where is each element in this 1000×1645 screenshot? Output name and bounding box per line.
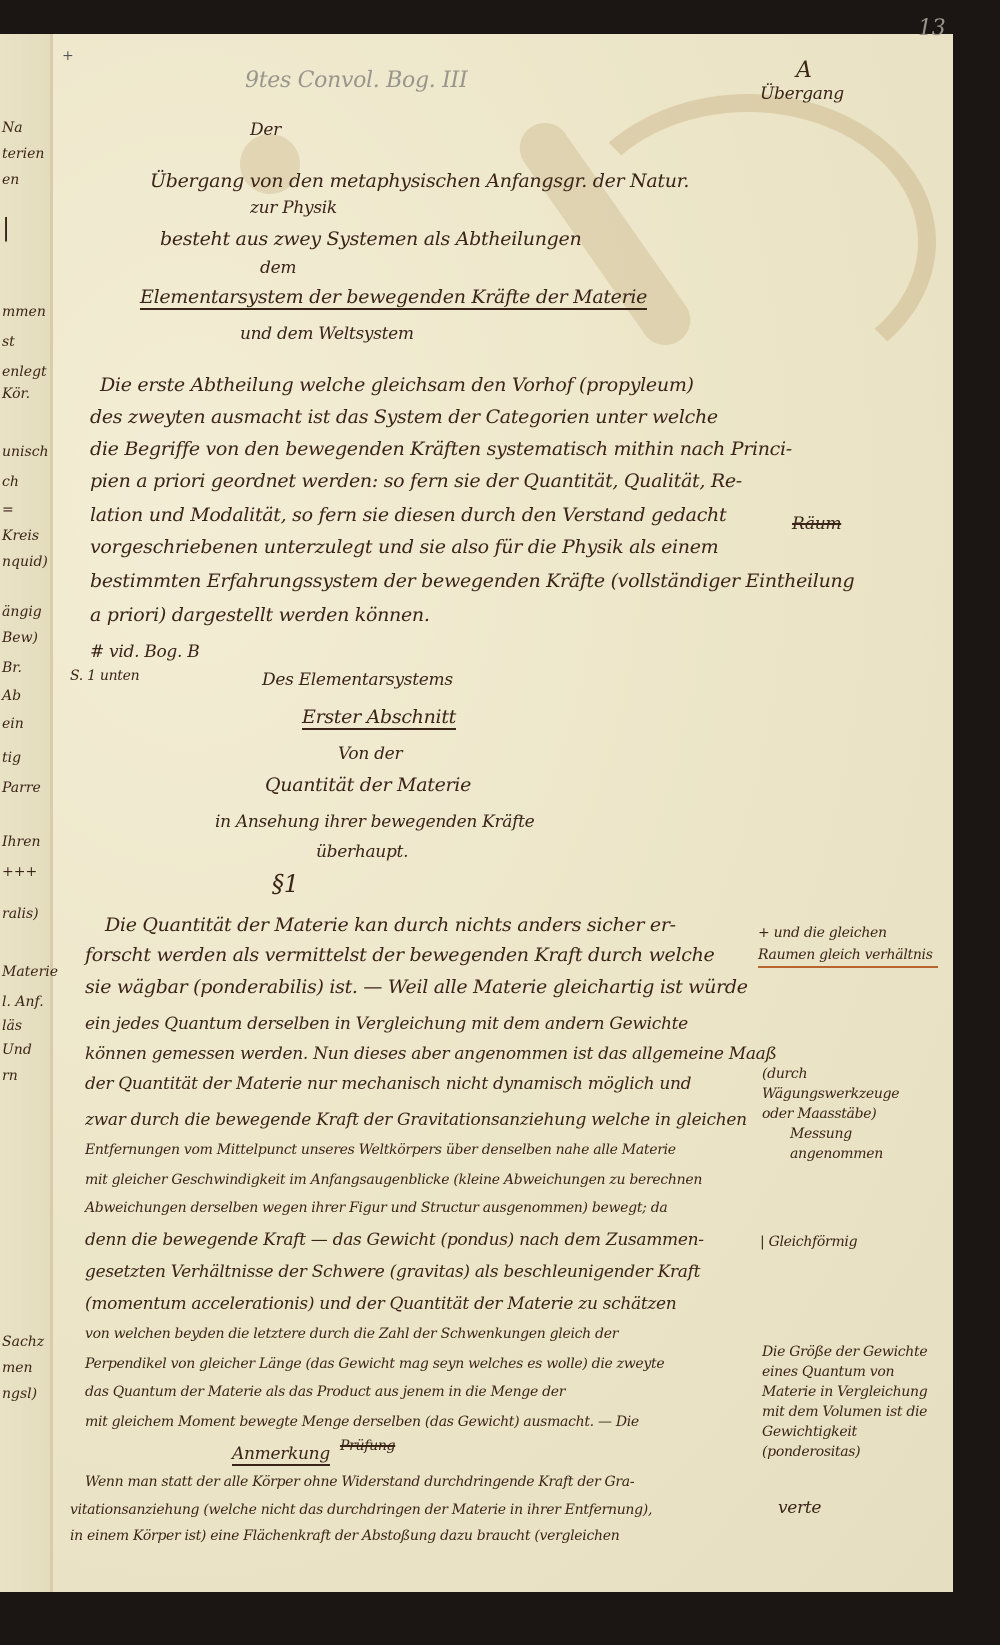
left-fragment: ch xyxy=(2,474,19,490)
section-line-3: Von der xyxy=(338,744,402,764)
para2-line-1: Die Quantität der Materie kan durch nich… xyxy=(105,914,676,936)
left-fragment: = xyxy=(2,502,14,518)
para2-line-2: forscht werden als vermittelst der beweg… xyxy=(85,944,714,966)
para1-line-1: Die erste Abtheilung welche gleichsam de… xyxy=(100,374,694,396)
left-fragment: | xyxy=(2,214,10,242)
left-fragment: Sachz xyxy=(2,1334,44,1350)
left-fragment: Na xyxy=(2,120,23,136)
left-fragment: Ab xyxy=(2,688,21,704)
left-fragment: tig xyxy=(2,750,21,766)
paragraph-symbol: §1 xyxy=(272,870,299,898)
folio-number: 13 xyxy=(918,16,945,41)
margin-right-note-3: Messung angenommen xyxy=(790,1124,930,1164)
section-line-6: überhaupt. xyxy=(316,842,408,862)
left-fragment: Materie xyxy=(2,964,58,980)
margin-right-note-1: + und die gleichen Raumen gleich verhält… xyxy=(758,922,938,968)
manuscript-page: + 9tes Convol. Bog. III 13 A Übergang De… xyxy=(0,34,953,1592)
corner-mark: + xyxy=(62,48,74,64)
verte-note: verte xyxy=(778,1498,821,1518)
para2-line-13: (momentum accelerationis) und der Quanti… xyxy=(85,1294,676,1314)
para2-line-4: ein jedes Quantum derselben in Vergleich… xyxy=(85,1014,688,1034)
left-fragment: Kreis xyxy=(2,528,39,544)
left-fragment: Kör. xyxy=(2,386,30,402)
corner-letter: A xyxy=(796,58,812,83)
para2-line-5: können gemessen werden. Nun dieses aber … xyxy=(85,1044,777,1064)
para2-line-12: gesetzten Verhältnisse der Schwere (grav… xyxy=(85,1262,700,1282)
section-line-5: in Ansehung ihrer bewegenden Kräfte xyxy=(215,812,534,832)
para2-line-8: Entfernungen vom Mittelpunct unseres Wel… xyxy=(85,1142,676,1158)
title-line-6: Elementarsystem der bewegenden Kräfte de… xyxy=(140,286,647,310)
section-line-2: Erster Abschnitt xyxy=(302,706,456,730)
left-fragment: ein xyxy=(2,716,24,732)
left-fragment: l. Anf. xyxy=(2,994,44,1010)
para3-line-3: in einem Körper ist) eine Flächenkraft d… xyxy=(70,1528,619,1544)
para2-line-6: der Quantität der Materie nur mechanisch… xyxy=(85,1074,691,1094)
remark-heading-struck: Prüfung xyxy=(340,1438,395,1454)
title-line-3: zur Physik xyxy=(250,198,337,218)
left-fragment: ngsl) xyxy=(2,1386,37,1402)
left-fragment: Ihren xyxy=(2,834,41,850)
left-fragment: Bew) xyxy=(2,630,38,646)
left-fragment: läs xyxy=(2,1018,22,1034)
left-fragment: terien xyxy=(2,146,44,162)
corner-word: Übergang xyxy=(760,84,844,104)
para1-line-8: a priori) dargestellt werden können. xyxy=(90,604,430,626)
para1-line-6: vorgeschriebenen unterzulegt und sie als… xyxy=(90,536,718,558)
section-line-4: Quantität der Materie xyxy=(265,774,471,796)
title-line-7: und dem Weltsystem xyxy=(240,324,414,344)
para2-line-10: Abweichungen derselben wegen ihrer Figur… xyxy=(85,1200,667,1216)
left-fragment: unisch xyxy=(2,444,49,460)
scan-border-right xyxy=(953,0,1000,1645)
left-fragment: ängig xyxy=(2,604,42,620)
left-fragment: ralis) xyxy=(2,906,39,922)
margin-ref-1: # vid. Bog. B xyxy=(90,642,199,662)
facing-page-edge xyxy=(0,34,52,1592)
title-line-5: dem xyxy=(260,258,296,278)
left-fragment: Parre xyxy=(2,780,41,796)
para2-line-3: sie wägbar (ponderabilis) ist. — Weil al… xyxy=(85,976,748,998)
page-fold xyxy=(50,34,53,1592)
para3-line-1: Wenn man statt der alle Körper ohne Wide… xyxy=(85,1474,634,1490)
remark-heading: Anmerkung xyxy=(232,1444,330,1466)
title-line-2: Übergang von den metaphysischen Anfangsg… xyxy=(150,170,689,192)
para3-line-2: vitationsanziehung (welche nicht das dur… xyxy=(70,1502,652,1518)
para2-line-17: mit gleichem Moment bewegte Menge dersel… xyxy=(85,1414,639,1430)
para1-line-2: des zweyten ausmacht ist das System der … xyxy=(90,406,718,428)
margin-note-struck: Räum xyxy=(792,514,841,534)
section-line-1: Des Elementarsystems xyxy=(262,670,453,690)
margin-right-note-4: | Gleichförmig xyxy=(760,1234,857,1250)
para2-line-7: zwar durch die bewegende Kraft der Gravi… xyxy=(85,1110,747,1130)
left-fragment: st xyxy=(2,334,15,350)
para1-line-7: bestimmten Erfahrungssystem der bewegend… xyxy=(90,570,854,592)
left-fragment: rn xyxy=(2,1068,18,1084)
para2-line-11: denn die bewegende Kraft — das Gewicht (… xyxy=(85,1230,704,1250)
margin-right-note-5: Die Größe der Gewichte eines Quantum von… xyxy=(762,1342,942,1462)
left-fragment: Und xyxy=(2,1042,32,1058)
para1-line-4: pien a priori geordnet werden: so fern s… xyxy=(90,470,742,492)
left-fragment: mmen xyxy=(2,304,46,320)
margin-right-note-2: (durch Wägungswerkzeuge oder Maasstäbe) xyxy=(762,1064,932,1124)
left-fragment: men xyxy=(2,1360,33,1376)
left-fragment: en xyxy=(2,172,19,188)
para1-line-5: lation und Modalität, so fern sie diesen… xyxy=(90,504,726,526)
left-fragment: enlegt xyxy=(2,364,47,380)
title-line-4: besteht aus zwey Systemen als Abtheilung… xyxy=(160,228,581,250)
pencil-header: 9tes Convol. Bog. III xyxy=(245,68,467,93)
para1-line-3: die Begriffe von den bewegenden Kräften … xyxy=(90,438,792,460)
margin-ref-2: S. 1 unten xyxy=(70,668,139,684)
para2-line-15: Perpendikel von gleicher Länge (das Gewi… xyxy=(85,1356,664,1372)
title-line-1: Der xyxy=(250,120,281,140)
left-fragment: +++ xyxy=(2,864,37,880)
para2-line-16: das Quantum der Materie als das Product … xyxy=(85,1384,565,1400)
para2-line-9: mit gleicher Geschwindigkeit im Anfangsa… xyxy=(85,1172,702,1188)
left-fragment: Br. xyxy=(2,660,22,676)
para2-line-14: von welchen beyden die letztere durch di… xyxy=(85,1326,618,1342)
left-fragment: nquid) xyxy=(2,554,48,570)
